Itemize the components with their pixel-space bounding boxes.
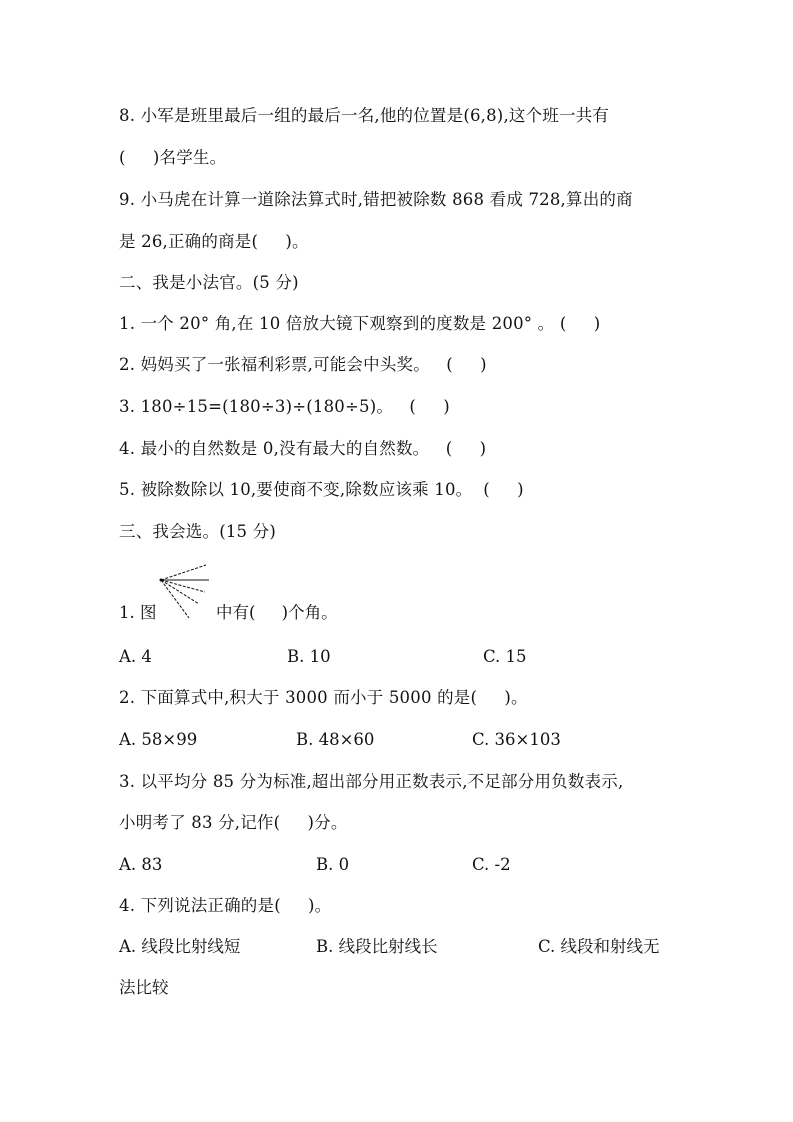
choice-q1-suffix: 中有( )个角。 [216,603,338,623]
judge-item-2: 2. 妈妈买了一张福利彩票,可能会中头奖。 ( ) [119,355,487,375]
question-8-line-1: 8. 小军是班里最后一组的最后一名,他的位置是(6,8),这个班一共有 [119,106,609,126]
question-9-line-1: 9. 小马虎在计算一道除法算式时,错把被除数 868 看成 728,算出的商 [119,190,633,210]
q2-option-b: B. 48×60 [296,730,374,750]
q1-option-c: C. 15 [483,647,527,667]
judge-item-1: 1. 一个 20° 角,在 10 倍放大镜下观察到的度数是 200° 。 ( ) [119,314,600,334]
q3-option-b: B. 0 [316,855,349,875]
q4-option-a: A. 线段比射线短 [119,937,240,957]
section-2-heading: 二、我是小法官。(5 分) [119,273,299,293]
q2-option-c: C. 36×103 [472,730,561,750]
judge-item-4: 4. 最小的自然数是 0,没有最大的自然数。 ( ) [119,439,486,459]
q3-option-a: A. 83 [119,855,162,875]
q1-option-b: B. 10 [287,647,331,667]
q4-option-c-continued: 法比较 [119,978,169,998]
q4-option-c: C. 线段和射线无 [538,937,660,957]
question-8-line-2: ( )名学生。 [119,148,226,168]
q2-option-a: A. 58×99 [119,730,197,750]
section-3-heading: 三、我会选。(15 分) [119,522,276,542]
choice-q3-line-1: 3. 以平均分 85 分为标准,超出部分用正数表示,不足部分用负数表示, [119,772,623,792]
q4-option-b: B. 线段比射线长 [316,937,438,957]
q3-option-c: C. -2 [472,855,511,875]
angle-rays-figure-icon [150,555,220,625]
question-9-line-2: 是 26,正确的商是( )。 [119,232,309,252]
choice-q1-prefix: 1. 图 [119,603,157,623]
choice-q4: 4. 下列说法正确的是( )。 [119,896,331,916]
choice-q2: 2. 下面算式中,积大于 3000 而小于 5000 的是( )。 [119,688,528,708]
choice-q3-line-2: 小明考了 83 分,记作( )分。 [119,813,348,833]
judge-item-3: 3. 180÷15=(180÷3)÷(180÷5)。 ( ) [119,397,450,417]
judge-item-5: 5. 被除数除以 10,要使商不变,除数应该乘 10。 ( ) [119,480,524,500]
q1-option-a: A. 4 [119,647,152,667]
